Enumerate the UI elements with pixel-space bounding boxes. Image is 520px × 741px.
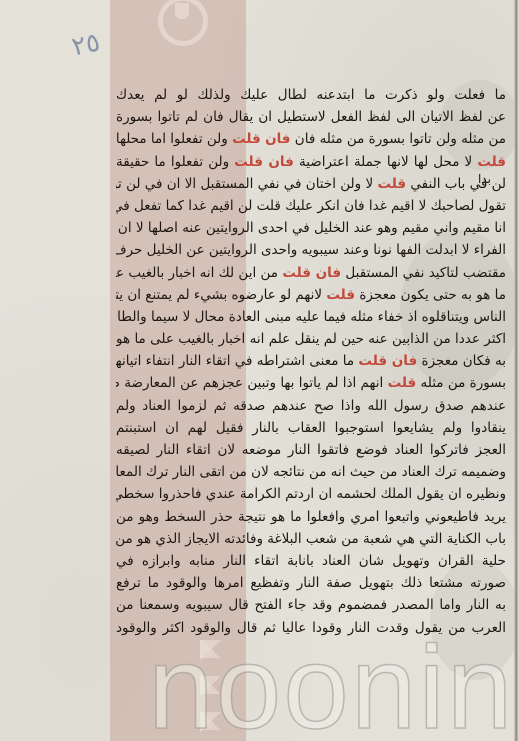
- text-line: من مثله ولن تاتوا بسورة من مثله فان فان …: [116, 128, 506, 150]
- rubric-text: قلت: [232, 131, 261, 147]
- text-line: ينقادوا ولم يشايعوا استوجبوا العقاب بالن…: [116, 417, 506, 439]
- text-line: الفراء لا ابدلت الفها نونا وعند سيبويه و…: [116, 239, 506, 261]
- text-line: انا مقيم واني مقيم وهو عند الخليل في احد…: [116, 217, 506, 239]
- rubric-text: قلت: [377, 176, 406, 192]
- text-line: عن لفظ الاتيان الى لفظ الفعل لاستطيل ان …: [116, 106, 506, 128]
- text-line: به فكان معجزة فان قلت ما معنى اشتراطه في…: [116, 350, 506, 372]
- rubric-text: فان قلت: [282, 265, 341, 281]
- text-line: ما هو به حتى يكون معجزة قلت لانهم لو عار…: [116, 284, 506, 306]
- rubric-text: قلت: [326, 287, 355, 303]
- page-edge: [514, 0, 520, 741]
- text-line: عندهم صدق رسول الله واذا صح عندهم صدقه ث…: [116, 395, 506, 417]
- rubric-text: قلت: [477, 154, 506, 170]
- text-line: وضميمه ترك العناد من حيث انه من نتائجه ل…: [116, 461, 506, 483]
- text-line: لن في باب النفي قلت لا ولن اختان في نفي …: [116, 173, 506, 195]
- text-line: صورته مشتعا ذلك بتهويل صفة النار وتفظيع …: [116, 572, 506, 594]
- text-line: ما فعلت ولو ذكرت ما ابتدعنه لطال عليك ول…: [116, 84, 506, 106]
- text-line: بسورة من مثله قلت انهم اذا لم ياتوا بها …: [116, 372, 506, 394]
- text-line: قلت لا محل لها لانها جملة اعتراضية فان ق…: [116, 151, 506, 173]
- watermark-text: noonin: [148, 636, 520, 741]
- text-line: به النار واما المصدر فمضموم وقد جاء الفت…: [116, 594, 506, 616]
- text-line: مقتضب لتاكيد نفي المستقبل فان قلت من اين…: [116, 262, 506, 284]
- rubric-text: فان: [265, 131, 290, 147]
- text-line: العجز فاتركوا العناد فوضع فاتقوا النار م…: [116, 439, 506, 461]
- rubric-text: فان قلت: [358, 353, 417, 369]
- rubric-text: قلت: [388, 375, 417, 391]
- text-line: اكثر عددا من الذابين عنه حين لم ينقل علم…: [116, 328, 506, 350]
- manuscript-page: ٢٥ بدا ما فعلت ولو ذكرت ما ابتدعنه لطال …: [0, 0, 520, 741]
- rubric-text: فان قلت: [234, 154, 294, 170]
- text-line: حلية القران وتهويل شان العناد بانابة اتق…: [116, 550, 506, 572]
- folio-pencil-mark: ٢٥: [69, 27, 103, 62]
- text-line: تقول لصاحبك لا اقيم غدا فان انكر عليك قل…: [116, 195, 506, 217]
- text-line: ونظيره ان يقول الملك لحشمه ان اردتم الكر…: [116, 483, 506, 505]
- manuscript-text: ما فعلت ولو ذكرت ما ابتدعنه لطال عليك ول…: [116, 84, 506, 639]
- text-line: الناس ويتناقلوه اذ خفاء مثله فيما عليه م…: [116, 306, 506, 328]
- text-line: باب الكناية التي هي شعبة من شعب البلاغة …: [116, 528, 506, 550]
- text-line: يريد فاطيعوني واتبعوا امري وافعلوا ما هو…: [116, 506, 506, 528]
